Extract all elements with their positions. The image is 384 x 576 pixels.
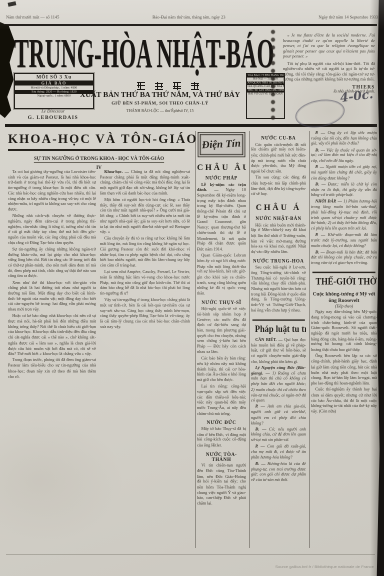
column-rule: [195, 131, 196, 548]
office-info-row: BÀI VỞ GỬI VỀ TÒA SOẠN: [247, 93, 284, 97]
body-paragraph: Tin sau cùng: các đảng đã chịu hợp-tác m…: [251, 176, 306, 198]
continent-header: CHÂU Á: [251, 203, 306, 214]
dateline-issue: Năm thứ mười một — số 1145: [6, 15, 59, 20]
qa-paragraph: Đ. — Có; nếu người anh không chịu, cứ đệ…: [251, 428, 306, 444]
qa-paragraph: Đ. — Hương-hỏa là của để phụng-tự, con t…: [251, 462, 306, 484]
price-box-heading: GIÁ BÁO: [15, 81, 93, 86]
continuation-note: (Tiếp theo): [311, 305, 377, 309]
body-paragraph: Cuộc thí-nghiệm ấy thành hay bại chưa ai…: [311, 388, 377, 415]
body-paragraph: Các báo bên ấy bàn rằng: nếu kỳ nhóm nầy…: [197, 357, 246, 384]
qa-paragraph: Đ. — Đoạn-mãi là bán đứt; đã bán đứt thì…: [311, 251, 377, 267]
body-paragraph: Ông Roosevelt bèn lập ra các sở công-chí…: [311, 355, 377, 387]
divider-rule: [312, 272, 375, 274]
qa-paragraph: P. — Khế-ước đoạn-mãi đã làm trước mặt l…: [311, 233, 377, 249]
text-column-1: Ta coi hai giương tây-ngưỡng của Lavoisi…: [8, 170, 96, 548]
qa-paragraph: Lý Nguyện cùng Đức (Bắc-giang). — 1) Ruộ…: [251, 366, 306, 404]
quote-vietnamese: Tôi tự phụ là người của xã-hội kim-thời.…: [283, 61, 375, 82]
newspaper-page: Năm thứ mười một — số 1145 Bảo-Đại năm t…: [0, 0, 384, 576]
body-paragraph: Vì tin chiến-nạn người đến Đức cùng Tòa-…: [197, 464, 246, 507]
body-paragraph: Sau cuộc hội-nghị ở Lư-sơn, ông Tổng-trư…: [251, 266, 306, 315]
country-header: NƯỚC TÒA-THÁNH: [197, 452, 246, 462]
article-title: Pháp luật tu tri: [255, 324, 302, 335]
body-paragraph: Một hôm có người học-trò hỏi ông rằng: «…: [100, 198, 190, 236]
body-paragraph: Sự tin-ngưỡng ấy chẳng những không ngăn-…: [8, 248, 96, 280]
lead-article-title: KHOA-HỌC VÀ TÔN-GIÁO: [8, 131, 185, 151]
chinese-title-glyph: [155, 82, 163, 90]
column-rule: [249, 131, 250, 548]
telegram-section-box: Điện Tín: [198, 132, 246, 157]
body-paragraph: Quan Giám-quốc Lebrun hôm ấy có ngỏ lời …: [197, 254, 246, 297]
lead-article-subtitle: SỰ TIN NGƯỠNG Ở TRONG KHOA - HỌC VÀ TÔN-…: [34, 156, 164, 163]
motto-line: GIỮ BỀN SĨ-PHẨM, SOI THEO CHÂN-LÝ: [62, 101, 258, 108]
text-column-4: NƯỚC CU-BACác quân cách-mệnh đã nổi lên …: [251, 131, 306, 551]
body-paragraph: Trong đoạn trước, phỏng tôi đã đem ông g…: [8, 359, 96, 381]
body-paragraph: Lại xem như Ampère, Cauchy, Fresnel, Le …: [100, 270, 190, 297]
newspaper-title: TRUNG-HÒA NHẬT-BÁO: [14, 31, 274, 78]
gallica-watermark: Source gallica.bnf.fr / Bibliothèque nat…: [275, 565, 374, 569]
qa-paragraph: Đ. — Được; miễn là chữ ký còn nhận ra là…: [311, 183, 377, 199]
country-header: NƯỚC ĐỨC: [197, 421, 246, 426]
body-paragraph: Ngày nay dân-chúng bên Mỹ-quốc đang trôn…: [311, 310, 377, 353]
country-header: NƯỚC TRUNG-HOA: [251, 259, 306, 264]
body-paragraph: Lại tin riêng: công-hội vạn-quốc sắp xét…: [197, 385, 246, 417]
scroll-ornament-border: [268, 28, 278, 122]
body-paragraph: Mấy tờ báo Thụy-sĩ đã bị cấm ở bên Đức, …: [197, 427, 246, 449]
scripture-line: THÁNH BẢO-LỘC — thư Êphêsô IV, 15: [62, 109, 258, 115]
qa-paragraph: P. — Ông ấy có lập ước mượn ruộng của tô…: [311, 131, 377, 147]
page-crease: [6, 554, 375, 555]
qa-paragraph: NHỜI ĐÁP. — 1) Phàm hương-hội trong làng…: [311, 200, 377, 232]
divider-rule: [252, 319, 304, 321]
country-header: NƯỚC PHÁP: [197, 176, 246, 181]
text-column-3: Điện TínCHÂU ÂUNƯỚC PHÁPLễ kỷ-niệm các t…: [197, 131, 246, 551]
chinese-title-glyph: [191, 82, 199, 90]
qa-paragraph: P. — Người mượn tiền có giấy nợ, mà ngườ…: [311, 165, 377, 181]
country-header: NƯỚC NHẬT-BẢN: [251, 217, 306, 222]
qa-paragraph: P. — Con gái đã xuất-giá, cha mẹ mất đi,…: [251, 445, 306, 461]
article-subtitle: Cuộc không-tưởng ở Mỹ với ông Roosevelt: [311, 291, 377, 304]
body-paragraph: Xem như thế thì khoa-học với tôn-giáo vố…: [8, 281, 96, 313]
publication-days-line: XUẤT BẢN THỨ BA THỨ NĂM, VÀ THỨ BẢY: [62, 90, 258, 99]
article-title: THẾ-GIỚI THỜI-ĐÀM: [316, 277, 373, 288]
country-header: NƯỚC THỤY-SĨ: [197, 301, 246, 306]
body-paragraph: Ta coi hai giương tây-ngưỡng của Lavoisi…: [8, 170, 96, 213]
body-paragraph: Những nhà cách-vật chuyên về đường thực-…: [8, 214, 96, 246]
body-paragraph: Hội-nghị quốc-tế về việc tài-binh sắp nh…: [197, 307, 246, 356]
continent-header: CHÂU ÂU: [197, 162, 246, 173]
body-paragraph: CẦN BIẾT. — Quí bạn đọc báo muốn hỏi điề…: [251, 338, 306, 365]
body-paragraph: Hoặc có kẻ bảo rằng: nhà khoa-học chỉ nê…: [8, 314, 96, 357]
price-per-issue: MỖI SỐ 3 Xu: [15, 74, 93, 80]
qa-paragraph: Đ. — Việc ấy thuộc về quan án sở-tại; cứ…: [311, 148, 377, 164]
body-paragraph: Lễ kỷ-niệm các trận đánh. — Ngày 10 Sept…: [197, 183, 246, 253]
text-column-2: Khoa-học. — Chúng ta đã nói rằng nghiệm-…: [100, 170, 190, 548]
top-rule: [5, 24, 377, 26]
body-paragraph: Câu chuyện ấy đủ tỏ ra rằng sự học không…: [100, 237, 190, 269]
qa-paragraph: P. — Anh em chia gia-tài, người anh giữ …: [251, 405, 306, 427]
body-paragraph: Hội các nhà buôn mới thành-lập ở Mãn-châ…: [251, 223, 306, 255]
text-column-5: P. — Ông ấy có lập ước mượn ruộng của tô…: [311, 131, 377, 551]
office-info-box: TÒA BÁO: 73 PHỐ HÀNG TRỐNG HÀ-NỘI — TONK…: [246, 73, 285, 119]
body-paragraph: Vậy sự tin-ngưỡng ở trong khoa-học chẳng…: [100, 298, 190, 330]
column-rule: [309, 131, 310, 548]
dateline-lunar-date: Bảo-Đại năm thứ tám, tháng tám, ngày 23: [152, 15, 225, 20]
dateline: Năm thứ mười một — số 1145 Bảo-Đại năm t…: [6, 15, 378, 22]
chinese-title-glyph: [137, 82, 145, 90]
scan-ink-mark: [8, 1, 17, 7]
body-paragraph: Khoa-học. — Chúng ta đã nói rằng nghiệm-…: [100, 170, 190, 197]
chinese-title-glyph: [173, 82, 181, 90]
quote-french: « Je me flatte d'être de la société mode…: [283, 33, 375, 59]
body-paragraph: Các quân cách-mệnh đã nổi lên chiếm giữ …: [251, 143, 306, 175]
telegram-section-label: Điện Tín: [202, 138, 241, 152]
country-header: NƯỚC CU-BA: [251, 136, 306, 141]
